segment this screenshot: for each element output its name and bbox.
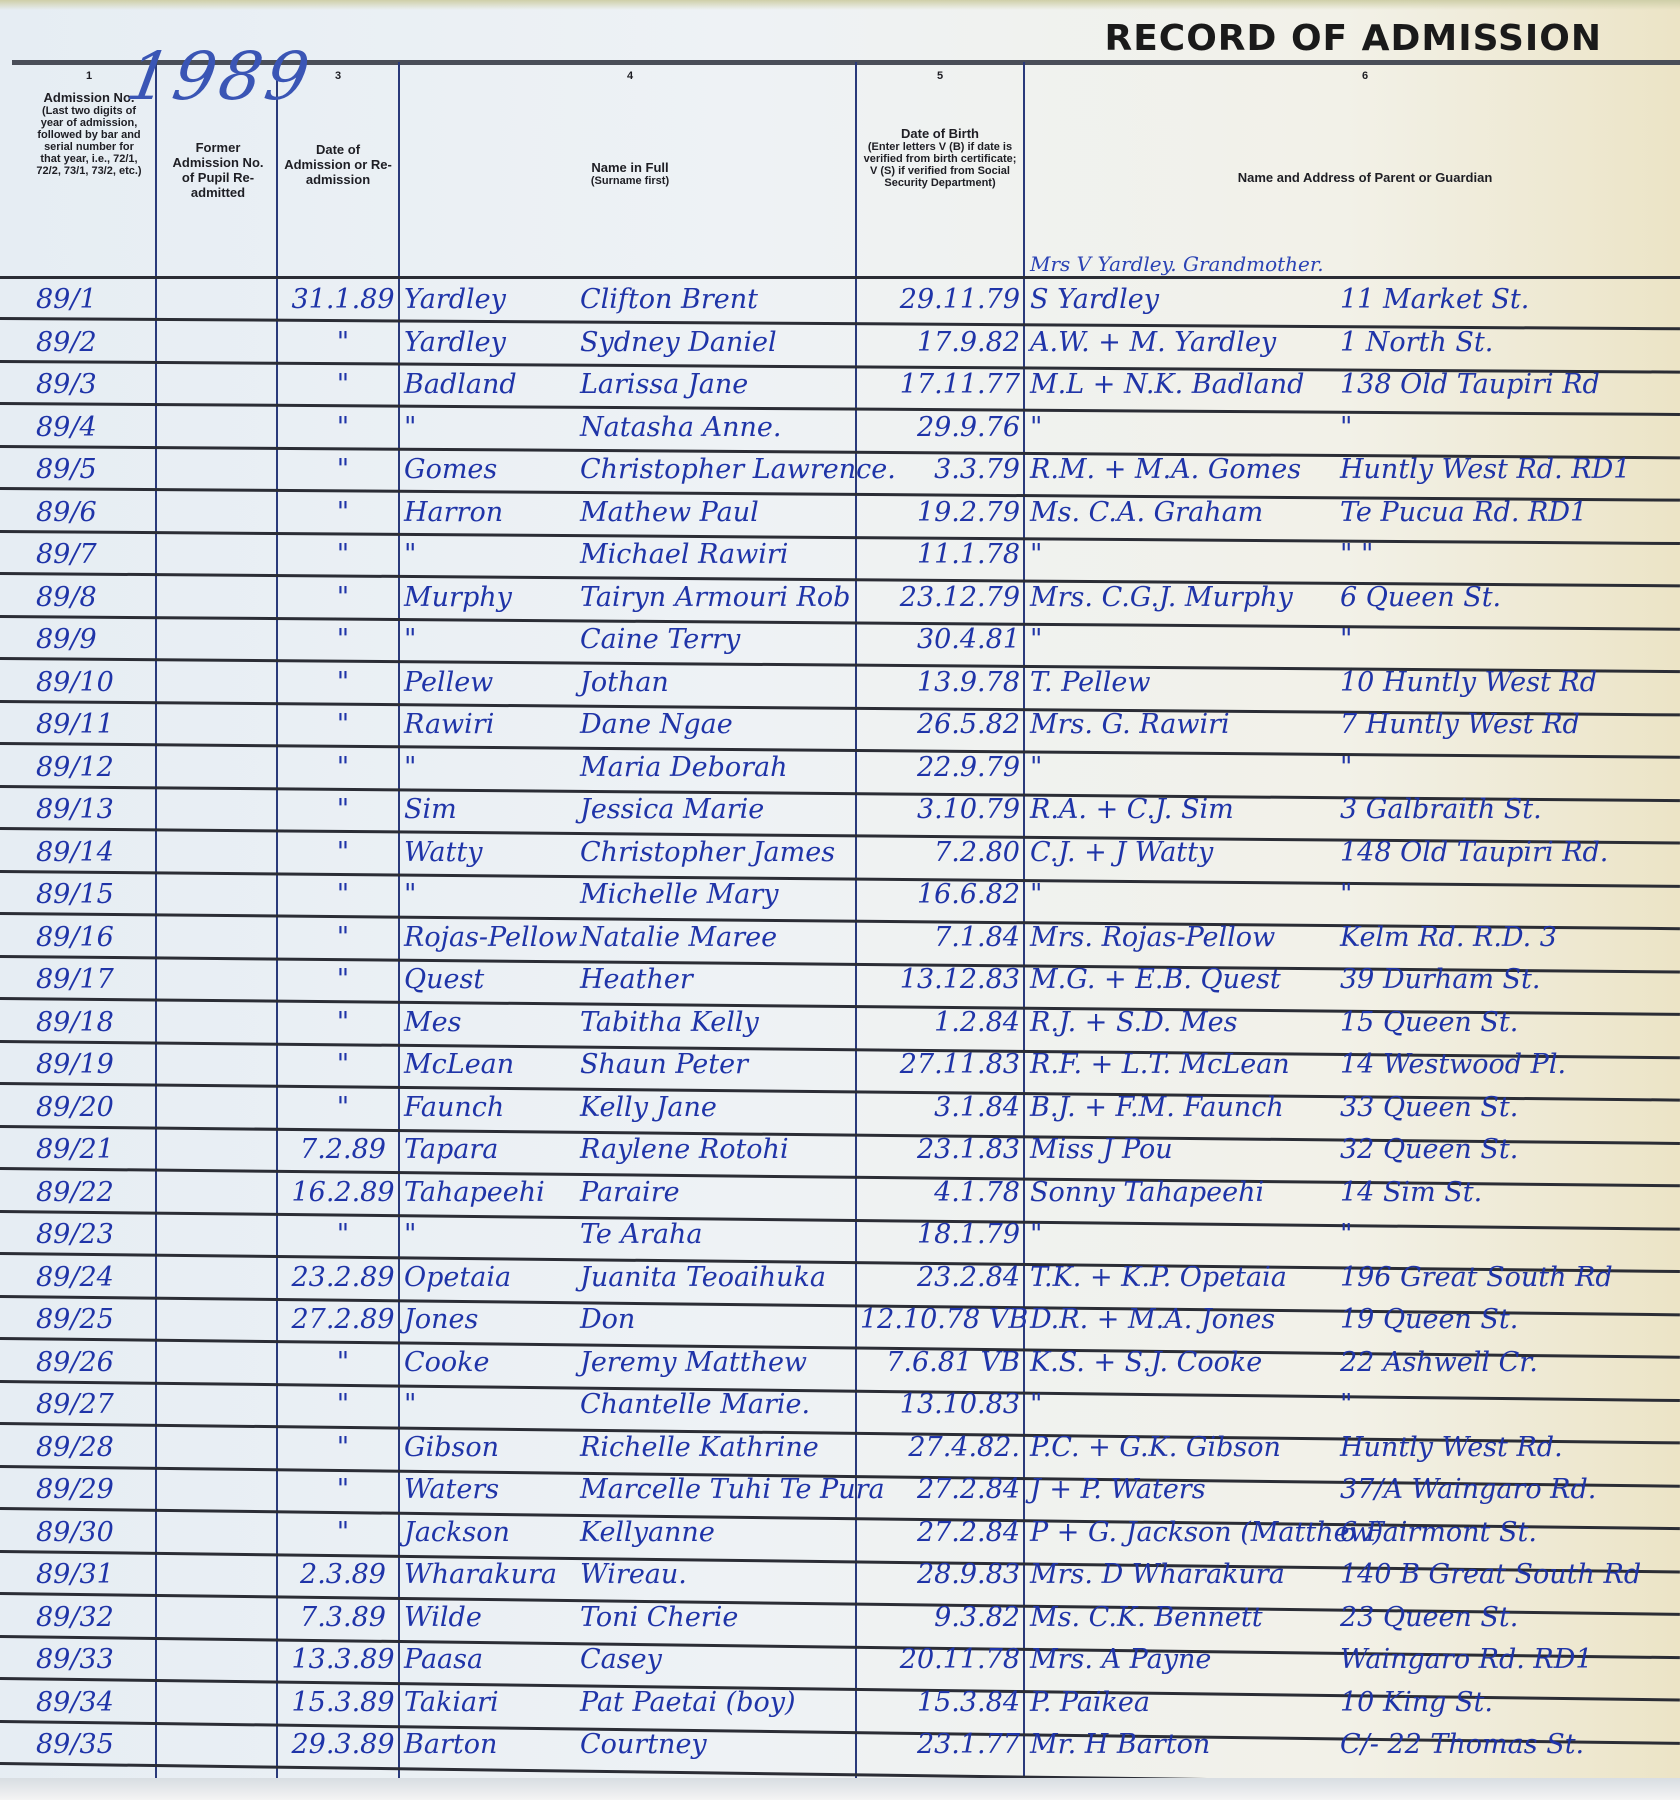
date-of-birth: 29.11.79 (860, 285, 1020, 315)
admission-row: 89/7 " " Michael Rawiri 11.1.78 " " " (0, 534, 1680, 575)
pupil-surname: Sim (404, 795, 574, 825)
parent-address: 10 Huntly West Rd (1340, 668, 1680, 698)
admission-number: 89/21 (36, 1135, 156, 1165)
parent-name: R.J. + S.D. Mes (1030, 1008, 1330, 1038)
admission-number: 89/11 (36, 710, 156, 740)
pupil-first-names: Casey (580, 1645, 855, 1675)
parent-address: " (1340, 413, 1680, 443)
date-of-birth: 20.11.78 (860, 1645, 1020, 1675)
pupil-surname: Barton (404, 1730, 574, 1760)
admission-row: 89/5 " Gomes Christopher Lawrence. 3.3.7… (0, 449, 1680, 490)
admission-row: 89/18 " Mes Tabitha Kelly 1.2.84 R.J. + … (0, 1002, 1680, 1043)
pupil-surname: Wharakura (404, 1560, 574, 1590)
pupil-first-names: Natasha Anne. (580, 413, 855, 443)
admission-row: 89/24 23.2.89 Opetaia Juanita Teoaihuka … (0, 1257, 1680, 1298)
admission-date: 23.2.89 (288, 1263, 398, 1293)
pupil-surname: Murphy (404, 583, 574, 613)
admission-number: 89/19 (36, 1050, 156, 1080)
admission-row: 89/13 " Sim Jessica Marie 3.10.79 R.A. +… (0, 789, 1680, 830)
admission-row: 89/9 " " Caine Terry 30.4.81 " " (0, 619, 1680, 660)
pupil-first-names: Larissa Jane (580, 370, 855, 400)
pupil-surname: Watty (404, 838, 574, 868)
date-of-birth: 26.5.82 (860, 710, 1020, 740)
pupil-first-names: Te Araha (580, 1220, 855, 1250)
date-of-birth: 18.1.79 (860, 1220, 1020, 1250)
parent-name: S Yardley (1030, 285, 1330, 315)
admission-row: 89/4 " " Natasha Anne. 29.9.76 " " (0, 407, 1680, 448)
parent-name: P. Paikea (1030, 1688, 1330, 1718)
pupil-first-names: Caine Terry (580, 625, 855, 655)
pupil-first-names: Richelle Kathrine (580, 1433, 855, 1463)
parent-name: T.K. + K.P. Opetaia (1030, 1263, 1330, 1293)
pupil-surname: Tapara (404, 1135, 574, 1165)
parent-address: Kelm Rd. R.D. 3 (1340, 923, 1680, 953)
admission-number: 89/35 (36, 1730, 156, 1760)
admission-number: 89/15 (36, 880, 156, 910)
pupil-surname: Rojas-Pellow (404, 923, 574, 953)
parent-address: " (1340, 1220, 1680, 1250)
pupil-first-names: Christopher Lawrence. (580, 455, 855, 485)
admission-date: " (288, 583, 398, 613)
parent-name: " (1030, 540, 1330, 570)
admission-number: 89/24 (36, 1263, 156, 1293)
parent-name: P.C. + G.K. Gibson (1030, 1433, 1330, 1463)
pupil-first-names: Raylene Rotohi (580, 1135, 855, 1165)
parent-name: Sonny Tahapeehi (1030, 1178, 1330, 1208)
pupil-first-names: Toni Cherie (580, 1603, 855, 1633)
pupil-first-names: Courtney (580, 1730, 855, 1760)
admission-row: 89/30 " Jackson Kellyanne 27.2.84 P + G.… (0, 1512, 1680, 1553)
parent-address: 148 Old Taupiri Rd. (1340, 838, 1680, 868)
admission-row: 89/2 " Yardley Sydney Daniel 17.9.82 A.W… (0, 322, 1680, 363)
date-of-birth: 23.2.84 (860, 1263, 1020, 1293)
pupil-first-names: Shaun Peter (580, 1050, 855, 1080)
parent-address: Waingaro Rd. RD1 (1340, 1645, 1680, 1675)
admission-date: 27.2.89 (288, 1305, 398, 1335)
parent-address: 14 Sim St. (1340, 1178, 1680, 1208)
admission-date: " (288, 370, 398, 400)
parent-address: 22 Ashwell Cr. (1340, 1348, 1680, 1378)
date-of-birth: 3.10.79 (860, 795, 1020, 825)
date-of-birth: 13.9.78 (860, 668, 1020, 698)
admission-row: 89/34 15.3.89 Takiari Pat Paetai (boy) 1… (0, 1682, 1680, 1723)
parent-name: M.G. + E.B. Quest (1030, 965, 1330, 995)
date-of-birth: 27.11.83 (860, 1050, 1020, 1080)
admission-row: 89/16 " Rojas-Pellow Natalie Maree 7.1.8… (0, 917, 1680, 958)
admission-number: 89/31 (36, 1560, 156, 1590)
admission-date: 7.2.89 (288, 1135, 398, 1165)
date-of-birth: 4.1.78 (860, 1178, 1020, 1208)
admission-row: 89/22 16.2.89 Tahapeehi Paraire 4.1.78 S… (0, 1172, 1680, 1213)
parent-name: Mrs. G. Rawiri (1030, 710, 1330, 740)
parent-name: " (1030, 1220, 1330, 1250)
pupil-surname: Tahapeehi (404, 1178, 574, 1208)
parent-address: 140 B Great South Rd (1340, 1560, 1680, 1590)
admission-date: " (288, 1093, 398, 1123)
pupil-first-names: Jeremy Matthew (580, 1348, 855, 1378)
admission-number: 89/25 (36, 1305, 156, 1335)
admission-row: 89/12 " " Maria Deborah 22.9.79 " " (0, 747, 1680, 788)
guardian-note: Mrs V Yardley. Grandmother. (1030, 252, 1324, 276)
admission-date: " (288, 1475, 398, 1505)
pupil-surname: Gomes (404, 455, 574, 485)
parent-name: " (1030, 625, 1330, 655)
parent-name: Miss J Pou (1030, 1135, 1330, 1165)
pupil-first-names: Sydney Daniel (580, 328, 855, 358)
admission-row: 89/35 29.3.89 Barton Courtney 23.1.77 Mr… (0, 1724, 1680, 1765)
admission-date: " (288, 1220, 398, 1250)
pupil-first-names: Kelly Jane (580, 1093, 855, 1123)
admission-row: 89/28 " Gibson Richelle Kathrine 27.4.82… (0, 1427, 1680, 1468)
date-of-birth: 13.12.83 (860, 965, 1020, 995)
date-of-birth: 9.3.82 (860, 1603, 1020, 1633)
date-of-birth: 1.2.84 (860, 1008, 1020, 1038)
admission-row: 89/14 " Watty Christopher James 7.2.80 C… (0, 832, 1680, 873)
admission-date: 7.3.89 (288, 1603, 398, 1633)
date-of-birth: 15.3.84 (860, 1688, 1020, 1718)
admission-date: " (288, 413, 398, 443)
admission-number: 89/1 (36, 285, 156, 315)
parent-address: " (1340, 625, 1680, 655)
admission-number: 89/22 (36, 1178, 156, 1208)
admission-number: 89/16 (36, 923, 156, 953)
pupil-surname: " (404, 413, 574, 443)
admission-number: 89/33 (36, 1645, 156, 1675)
pupil-surname: Harron (404, 498, 574, 528)
parent-name: M.L + N.K. Badland (1030, 370, 1330, 400)
admission-number: 89/9 (36, 625, 156, 655)
page-title: RECORD OF ADMISSION (1104, 18, 1602, 59)
parent-address: 19 Queen St. (1340, 1305, 1680, 1335)
pupil-surname: Opetaia (404, 1263, 574, 1293)
admission-register-page: RECORD OF ADMISSION 1 Admission No. (Las… (0, 0, 1680, 1800)
date-of-birth: 19.2.79 (860, 498, 1020, 528)
date-of-birth: 22.9.79 (860, 753, 1020, 783)
admission-row: 89/23 " " Te Araha 18.1.79 " " (0, 1214, 1680, 1255)
admission-date: " (288, 710, 398, 740)
admission-number: 89/5 (36, 455, 156, 485)
admission-date: " (288, 1008, 398, 1038)
column-header-date-admission: 3 Date of Admission or Re-admission (284, 70, 392, 187)
pupil-first-names: Clifton Brent (580, 285, 855, 315)
pupil-surname: Quest (404, 965, 574, 995)
admission-number: 89/34 (36, 1688, 156, 1718)
parent-name: J + P. Waters (1030, 1475, 1330, 1505)
admission-number: 89/8 (36, 583, 156, 613)
parent-address: " (1340, 753, 1680, 783)
admission-date: " (288, 753, 398, 783)
admission-number: 89/30 (36, 1518, 156, 1548)
parent-address: 6 Queen St. (1340, 583, 1680, 613)
parent-name: " (1030, 880, 1330, 910)
admission-row: 89/29 " Waters Marcelle Tuhi Te Pura 27.… (0, 1469, 1680, 1510)
parent-name: R.M. + M.A. Gomes (1030, 455, 1330, 485)
parent-name: Ms. C.A. Graham (1030, 498, 1330, 528)
date-of-birth: 27.2.84 (860, 1518, 1020, 1548)
pupil-first-names: Paraire (580, 1178, 855, 1208)
parent-address: 3 Galbraith St. (1340, 795, 1680, 825)
admission-row: 89/25 27.2.89 Jones Don 12.10.78 VB D.R.… (0, 1299, 1680, 1340)
page-bottom-edge (0, 1778, 1680, 1800)
pupil-surname: Badland (404, 370, 574, 400)
column-header-date-of-birth: 5 Date of Birth (Enter letters V (B) if … (860, 70, 1020, 189)
admission-date: " (288, 498, 398, 528)
pupil-first-names: Michael Rawiri (580, 540, 855, 570)
parent-name: D.R. + M.A. Jones (1030, 1305, 1330, 1335)
admission-row: 89/33 13.3.89 Paasa Casey 20.11.78 Mrs. … (0, 1639, 1680, 1680)
admission-date: " (288, 625, 398, 655)
date-of-birth: 17.11.77 (860, 370, 1020, 400)
date-of-birth: 3.3.79 (860, 455, 1020, 485)
pupil-surname: Jones (404, 1305, 574, 1335)
pupil-surname: " (404, 753, 574, 783)
parent-address: 11 Market St. (1340, 285, 1680, 315)
admission-number: 89/28 (36, 1433, 156, 1463)
date-of-birth: 7.2.80 (860, 838, 1020, 868)
parent-name: R.F. + L.T. McLean (1030, 1050, 1330, 1080)
pupil-first-names: Christopher James (580, 838, 855, 868)
admission-date: " (288, 1433, 398, 1463)
pupil-surname: Rawiri (404, 710, 574, 740)
pupil-first-names: Michelle Mary (580, 880, 855, 910)
date-of-birth: 23.1.77 (860, 1730, 1020, 1760)
admission-number: 89/2 (36, 328, 156, 358)
admission-number: 89/14 (36, 838, 156, 868)
parent-address: 23 Queen St. (1340, 1603, 1680, 1633)
parent-address: 138 Old Taupiri Rd (1340, 370, 1680, 400)
admission-number: 89/13 (36, 795, 156, 825)
pupil-surname: Gibson (404, 1433, 574, 1463)
admission-date: " (288, 965, 398, 995)
parent-name: A.W. + M. Yardley (1030, 328, 1330, 358)
pupil-first-names: Pat Paetai (boy) (580, 1688, 855, 1718)
parent-name: C.J. + J Watty (1030, 838, 1330, 868)
date-of-birth: 27.2.84 (860, 1475, 1020, 1505)
date-of-birth: 7.6.81 VB (860, 1348, 1020, 1378)
pupil-surname: Cooke (404, 1348, 574, 1378)
date-of-birth: 7.1.84 (860, 923, 1020, 953)
admission-row: 89/32 7.3.89 Wilde Toni Cherie 9.3.82 Ms… (0, 1597, 1680, 1638)
pupil-surname: Paasa (404, 1645, 574, 1675)
parent-address: " (1340, 1390, 1680, 1420)
parent-address: 32 Queen St. (1340, 1135, 1680, 1165)
parent-name: Mrs. Rojas-Pellow (1030, 923, 1330, 953)
pupil-surname: Faunch (404, 1093, 574, 1123)
admission-row: 89/10 " Pellew Jothan 13.9.78 T. Pellew … (0, 662, 1680, 703)
pupil-surname: " (404, 625, 574, 655)
admission-number: 89/18 (36, 1008, 156, 1038)
pupil-first-names: Natalie Maree (580, 923, 855, 953)
parent-address: Te Pucua Rd. RD1 (1340, 498, 1680, 528)
pupil-first-names: Marcelle Tuhi Te Pura (580, 1475, 855, 1505)
pupil-first-names: Mathew Paul (580, 498, 855, 528)
parent-name: P + G. Jackson (Matthew) (1030, 1518, 1330, 1548)
admission-row: 89/27 " " Chantelle Marie. 13.10.83 " " (0, 1384, 1680, 1425)
parent-name: " (1030, 413, 1330, 443)
admission-date: " (288, 795, 398, 825)
pupil-surname: Jackson (404, 1518, 574, 1548)
admission-row: 89/26 " Cooke Jeremy Matthew 7.6.81 VB K… (0, 1342, 1680, 1383)
admission-date: " (288, 455, 398, 485)
admission-number: 89/32 (36, 1603, 156, 1633)
column-header-parent-guardian: 6 Name and Address of Parent or Guardian (1100, 70, 1630, 185)
parent-name: " (1030, 753, 1330, 783)
parent-name: " (1030, 1390, 1330, 1420)
date-of-birth: 28.9.83 (860, 1560, 1020, 1590)
date-of-birth: 3.1.84 (860, 1093, 1020, 1123)
pupil-surname: Takiari (404, 1688, 574, 1718)
admission-number: 89/23 (36, 1220, 156, 1250)
admission-number: 89/17 (36, 965, 156, 995)
admission-number: 89/10 (36, 668, 156, 698)
pupil-surname: Mes (404, 1008, 574, 1038)
date-of-birth: 17.9.82 (860, 328, 1020, 358)
admission-row: 89/17 " Quest Heather 13.12.83 M.G. + E.… (0, 959, 1680, 1000)
parent-name: B.J. + F.M. Faunch (1030, 1093, 1330, 1123)
parent-name: Mrs. C.G.J. Murphy (1030, 583, 1330, 613)
admission-row: 89/20 " Faunch Kelly Jane 3.1.84 B.J. + … (0, 1087, 1680, 1128)
admission-date: " (288, 1050, 398, 1080)
pupil-first-names: Kellyanne (580, 1518, 855, 1548)
admission-date: " (288, 1518, 398, 1548)
admission-row: 89/3 " Badland Larissa Jane 17.11.77 M.L… (0, 364, 1680, 405)
pupil-first-names: Don (580, 1305, 855, 1335)
admission-number: 89/3 (36, 370, 156, 400)
admission-date: " (288, 1390, 398, 1420)
admission-date: 2.3.89 (288, 1560, 398, 1590)
pupil-surname: " (404, 540, 574, 570)
date-of-birth: 11.1.78 (860, 540, 1020, 570)
parent-name: T. Pellew (1030, 668, 1330, 698)
pupil-surname: " (404, 1390, 574, 1420)
parent-address: 33 Queen St. (1340, 1093, 1680, 1123)
pupil-surname: " (404, 880, 574, 910)
pupil-first-names: Wireau. (580, 1560, 855, 1590)
pupil-first-names: Juanita Teoaihuka (580, 1263, 855, 1293)
admission-date: " (288, 923, 398, 953)
admission-number: 89/27 (36, 1390, 156, 1420)
date-of-birth: 29.9.76 (860, 413, 1020, 443)
admission-date: " (288, 328, 398, 358)
admission-number: 89/12 (36, 753, 156, 783)
admission-row: 89/21 7.2.89 Tapara Raylene Rotohi 23.1.… (0, 1129, 1680, 1170)
admission-number: 89/29 (36, 1475, 156, 1505)
pupil-first-names: Tabitha Kelly (580, 1008, 855, 1038)
parent-name: R.A. + C.J. Sim (1030, 795, 1330, 825)
pupil-first-names: Jessica Marie (580, 795, 855, 825)
parent-address: 14 Westwood Pl. (1340, 1050, 1680, 1080)
page-top-edge (0, 0, 1680, 10)
admission-date: " (288, 1348, 398, 1378)
parent-address: 15 Queen St. (1340, 1008, 1680, 1038)
pupil-first-names: Heather (580, 965, 855, 995)
admission-number: 89/20 (36, 1093, 156, 1123)
parent-name: Mr. H Barton (1030, 1730, 1330, 1760)
admission-row: 89/19 " McLean Shaun Peter 27.11.83 R.F.… (0, 1044, 1680, 1085)
admission-number: 89/6 (36, 498, 156, 528)
parent-address: 1 North St. (1340, 328, 1680, 358)
parent-address: 196 Great South Rd (1340, 1263, 1680, 1293)
parent-address: 10 King St. (1340, 1688, 1680, 1718)
admission-date: 15.3.89 (288, 1688, 398, 1718)
admission-number: 89/4 (36, 413, 156, 443)
parent-name: Ms. C.K. Bennett (1030, 1603, 1330, 1633)
admission-date: 13.3.89 (288, 1645, 398, 1675)
parent-name: Mrs. A Payne (1030, 1645, 1330, 1675)
admission-row: 89/1 31.1.89 Yardley Clifton Brent 29.11… (0, 279, 1680, 320)
parent-name: K.S. + S.J. Cooke (1030, 1348, 1330, 1378)
date-of-birth: 12.10.78 VB (860, 1305, 1020, 1335)
parent-address: 37/A Waingaro Rd. (1340, 1475, 1680, 1505)
admission-date: 31.1.89 (288, 285, 398, 315)
column-header-name-in-full: 4 Name in Full (Surname first) (440, 70, 820, 187)
parent-address: 7 Huntly West Rd (1340, 710, 1680, 740)
date-of-birth: 27.4.82. (860, 1433, 1020, 1463)
pupil-surname: McLean (404, 1050, 574, 1080)
date-of-birth: 23.12.79 (860, 583, 1020, 613)
date-of-birth: 13.10.83 (860, 1390, 1020, 1420)
parent-address: " " (1340, 540, 1680, 570)
date-of-birth: 30.4.81 (860, 625, 1020, 655)
pupil-first-names: Tairyn Armouri Rob (580, 583, 855, 613)
parent-address: 6 Fairmont St. (1340, 1518, 1680, 1548)
date-of-birth: 23.1.83 (860, 1135, 1020, 1165)
admission-date: " (288, 668, 398, 698)
date-of-birth: 16.6.82 (860, 880, 1020, 910)
pupil-surname: Wilde (404, 1603, 574, 1633)
parent-address: 39 Durham St. (1340, 965, 1680, 995)
parent-address: Huntly West Rd. (1340, 1433, 1680, 1463)
admission-row: 89/8 " Murphy Tairyn Armouri Rob 23.12.7… (0, 577, 1680, 618)
pupil-surname: Yardley (404, 328, 574, 358)
admission-row: 89/31 2.3.89 Wharakura Wireau. 28.9.83 M… (0, 1554, 1680, 1595)
pupil-first-names: Dane Ngae (580, 710, 855, 740)
pupil-surname: " (404, 1220, 574, 1250)
pupil-surname: Waters (404, 1475, 574, 1505)
parent-address: C/- 22 Thomas St. (1340, 1730, 1680, 1760)
admission-row: 89/15 " " Michelle Mary 16.6.82 " " (0, 874, 1680, 915)
pupil-first-names: Maria Deborah (580, 753, 855, 783)
admission-date: " (288, 540, 398, 570)
column-header-former-admission: Former Admission No. of Pupil Re-admitte… (166, 140, 270, 200)
pupil-first-names: Jothan (580, 668, 855, 698)
parent-address: " (1340, 880, 1680, 910)
admission-number: 89/26 (36, 1348, 156, 1378)
admission-date: 29.3.89 (288, 1730, 398, 1760)
admission-date: " (288, 880, 398, 910)
parent-name: Mrs. D Wharakura (1030, 1560, 1330, 1590)
pupil-surname: Yardley (404, 285, 574, 315)
pupil-first-names: Chantelle Marie. (580, 1390, 855, 1420)
admission-row: 89/11 " Rawiri Dane Ngae 26.5.82 Mrs. G.… (0, 704, 1680, 745)
admission-row: 89/6 " Harron Mathew Paul 19.2.79 Ms. C.… (0, 492, 1680, 533)
admission-date: " (288, 838, 398, 868)
parent-address: Huntly West Rd. RD1 (1340, 455, 1680, 485)
admission-number: 89/7 (36, 540, 156, 570)
pupil-surname: Pellew (404, 668, 574, 698)
admission-date: 16.2.89 (288, 1178, 398, 1208)
